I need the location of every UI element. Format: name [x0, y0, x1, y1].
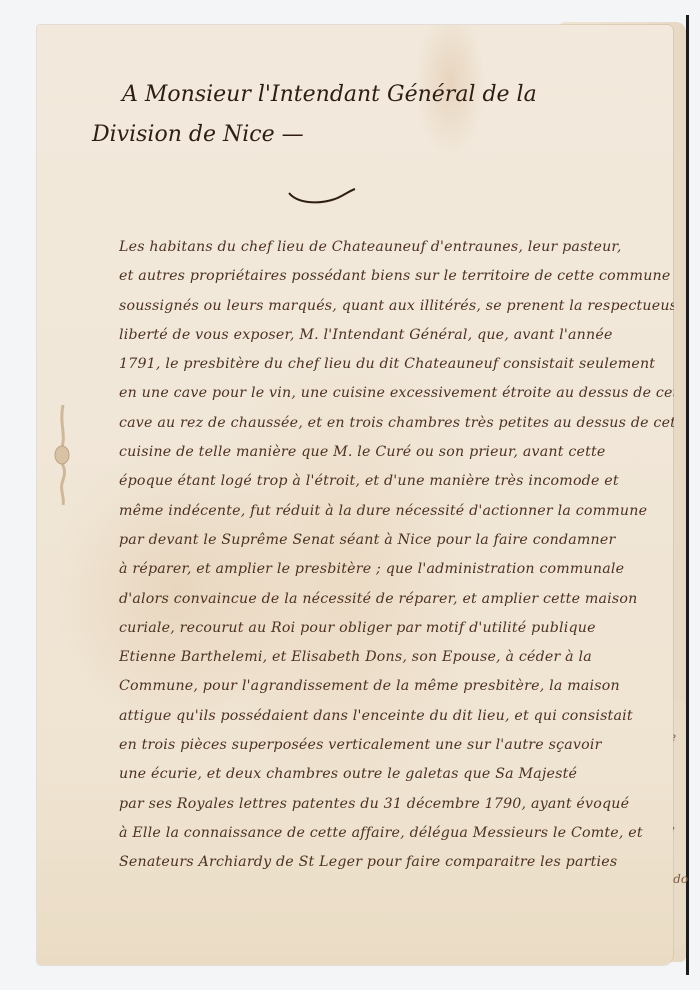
body-line: attigue qu'ils possédaient dans l'encein…: [119, 702, 674, 731]
address-line-2: Division de Nice —: [92, 115, 537, 155]
letter-content: A Monsieur l'Intendant Général de la Div…: [37, 25, 673, 965]
body-line: une écurie, et deux chambres outre le ga…: [119, 760, 674, 789]
letter-address: A Monsieur l'Intendant Général de la Div…: [122, 75, 537, 155]
scan-edge: [686, 15, 689, 975]
body-line: par devant le Suprême Senat séant à Nice…: [119, 526, 674, 555]
manuscript-page: A Monsieur l'Intendant Général de la Div…: [37, 25, 673, 965]
body-line: 1791, le presbitère du chef lieu du dit …: [119, 350, 674, 379]
body-line: à réparer, et amplier le presbitère ; qu…: [119, 555, 674, 584]
body-line: cuisine de telle manière que M. le Curé …: [119, 438, 674, 467]
body-line: et autres propriétaires possédant biens …: [119, 262, 674, 291]
body-line: Etienne Barthelemi, et Elisabeth Dons, s…: [119, 643, 674, 672]
body-line: d'alors convaincue de la nécessité de ré…: [119, 585, 674, 614]
body-line: Les habitans du chef lieu de Chateauneuf…: [119, 233, 674, 262]
body-line: soussignés ou leurs marqués, quant aux i…: [119, 292, 674, 321]
body-line: par ses Royales lettres patentes du 31 d…: [119, 790, 674, 819]
address-line-1: A Monsieur l'Intendant Général de la: [122, 75, 537, 115]
body-line: même indécente, fut réduit à la dure néc…: [119, 497, 674, 526]
body-line: époque étant logé trop à l'étroit, et d'…: [119, 467, 674, 496]
flourish-icon: [287, 187, 357, 207]
body-line: à Elle la connaissance de cette affaire,…: [119, 819, 674, 848]
body-line: Senateurs Archiardy de St Leger pour fai…: [119, 848, 674, 877]
body-line: liberté de vous exposer, M. l'Intendant …: [119, 321, 674, 350]
body-line: en trois pièces superposées verticalemen…: [119, 731, 674, 760]
body-line: cave au rez de chaussée, et en trois cha…: [119, 409, 674, 438]
letter-body: Les habitans du chef lieu de Chateauneuf…: [119, 233, 674, 878]
body-line: en une cave pour le vin, une cuisine exc…: [119, 379, 674, 408]
body-line: curiale, recourut au Roi pour obliger pa…: [119, 614, 674, 643]
body-line: Commune, pour l'agrandissement de la mêm…: [119, 672, 674, 701]
